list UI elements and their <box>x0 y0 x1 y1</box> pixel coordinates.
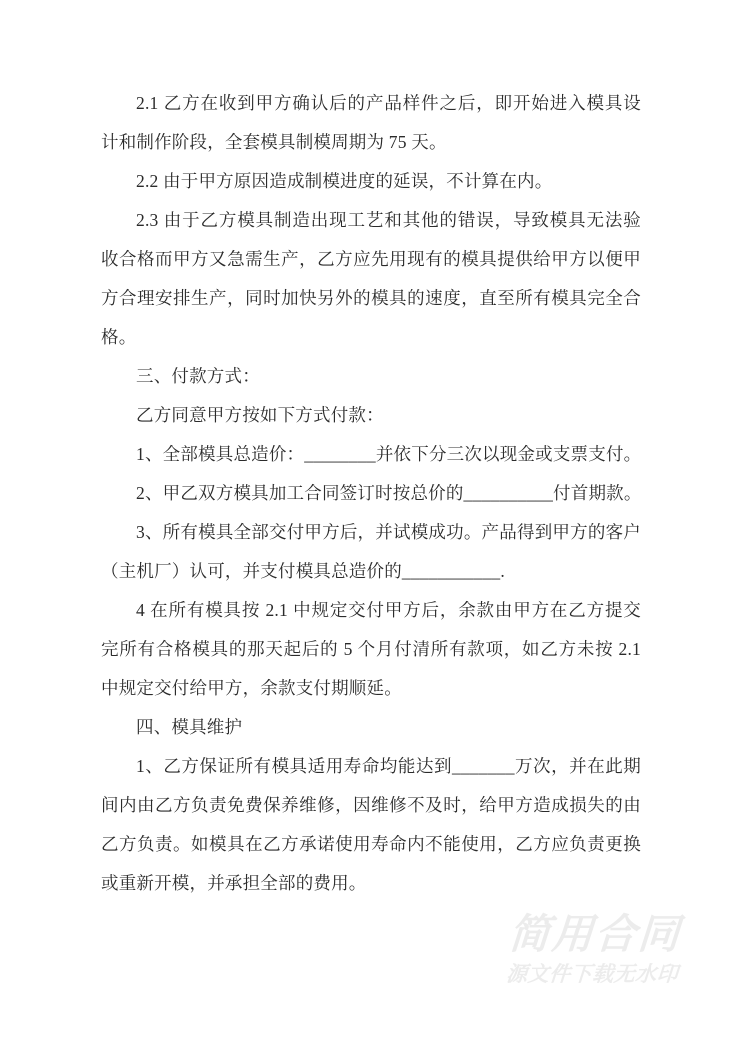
text-line: 乙方同意甲方按如下方式付款： <box>101 396 641 435</box>
text-line: 1、全部模具总造价：________并依下分三次以现金或支票支付。 <box>101 435 641 474</box>
document-page: 2.1 乙方在收到甲方确认后的产品样件之后，即开始进入模具设计和制作阶段，全套模… <box>0 0 742 1049</box>
text-line: 3、所有模具全部交付甲方后，并试模成功。产品得到甲方的客户 <box>101 513 641 552</box>
text-line: 2.2 由于甲方原因造成制模进度的延误，不计算在内。 <box>101 162 641 201</box>
paragraph: 三、付款方式： <box>101 357 641 396</box>
paragraph: 2.1 乙方在收到甲方确认后的产品样件之后，即开始进入模具设计和制作阶段，全套模… <box>101 84 641 162</box>
paragraph: 4 在所有模具按 2.1 中规定交付甲方后，余款由甲方在乙方提交完所有合格模具的… <box>101 591 641 708</box>
watermark-subtitle: 源文件下载无水印 <box>505 963 679 987</box>
paragraph: 1、乙方保证所有模具适用寿命均能达到_______万次，并在此期间内由乙方负责免… <box>101 747 641 903</box>
watermark-title: 简用合同 <box>507 910 682 958</box>
text-line: 计和制作阶段，全套模具制模周期为 75 天。 <box>101 123 641 162</box>
text-line: 4 在所有模具按 2.1 中规定交付甲方后，余款由甲方在乙方提交 <box>101 591 641 630</box>
text-line: 间内由乙方负责免费保养维修，因维修不及时，给甲方造成损失的由 <box>101 786 641 825</box>
text-line: 中规定交付给甲方，余款支付期顺延。 <box>101 669 641 708</box>
text-line: 方合理安排生产，同时加快另外的模具的速度，直至所有模具完全合 <box>101 279 641 318</box>
paragraph: 1、全部模具总造价：________并依下分三次以现金或支票支付。 <box>101 435 641 474</box>
text-line: 三、付款方式： <box>101 357 641 396</box>
text-line: 完所有合格模具的那天起后的 5 个月付清所有款项，如乙方未按 2.1 <box>101 630 641 669</box>
paragraph: 3、所有模具全部交付甲方后，并试模成功。产品得到甲方的客户（主机厂）认可，并支付… <box>101 513 641 591</box>
paragraph: 2、甲乙双方模具加工合同签订时按总价的__________付首期款。 <box>101 474 641 513</box>
text-line: （主机厂）认可，并支付模具总造价的___________. <box>101 552 641 591</box>
text-line: 格。 <box>101 318 641 357</box>
text-line: 2、甲乙双方模具加工合同签订时按总价的__________付首期款。 <box>101 474 641 513</box>
watermark: 简用合同 源文件下载无水印 <box>505 910 682 987</box>
text-line: 1、乙方保证所有模具适用寿命均能达到_______万次，并在此期 <box>101 747 641 786</box>
paragraph: 2.2 由于甲方原因造成制模进度的延误，不计算在内。 <box>101 162 641 201</box>
text-line: 或重新开模，并承担全部的费用。 <box>101 864 641 903</box>
paragraph: 四、模具维护 <box>101 708 641 747</box>
paragraph: 2.3 由于乙方模具制造出现工艺和其他的错误，导致模具无法验收合格而甲方又急需生… <box>101 201 641 357</box>
text-line: 收合格而甲方又急需生产，乙方应先用现有的模具提供给甲方以便甲 <box>101 240 641 279</box>
paragraph: 乙方同意甲方按如下方式付款： <box>101 396 641 435</box>
text-line: 乙方负责。如模具在乙方承诺使用寿命内不能使用，乙方应负责更换 <box>101 825 641 864</box>
text-line: 2.3 由于乙方模具制造出现工艺和其他的错误，导致模具无法验 <box>101 201 641 240</box>
text-line: 2.1 乙方在收到甲方确认后的产品样件之后，即开始进入模具设 <box>101 84 641 123</box>
text-line: 四、模具维护 <box>101 708 641 747</box>
contract-body: 2.1 乙方在收到甲方确认后的产品样件之后，即开始进入模具设计和制作阶段，全套模… <box>101 84 641 903</box>
